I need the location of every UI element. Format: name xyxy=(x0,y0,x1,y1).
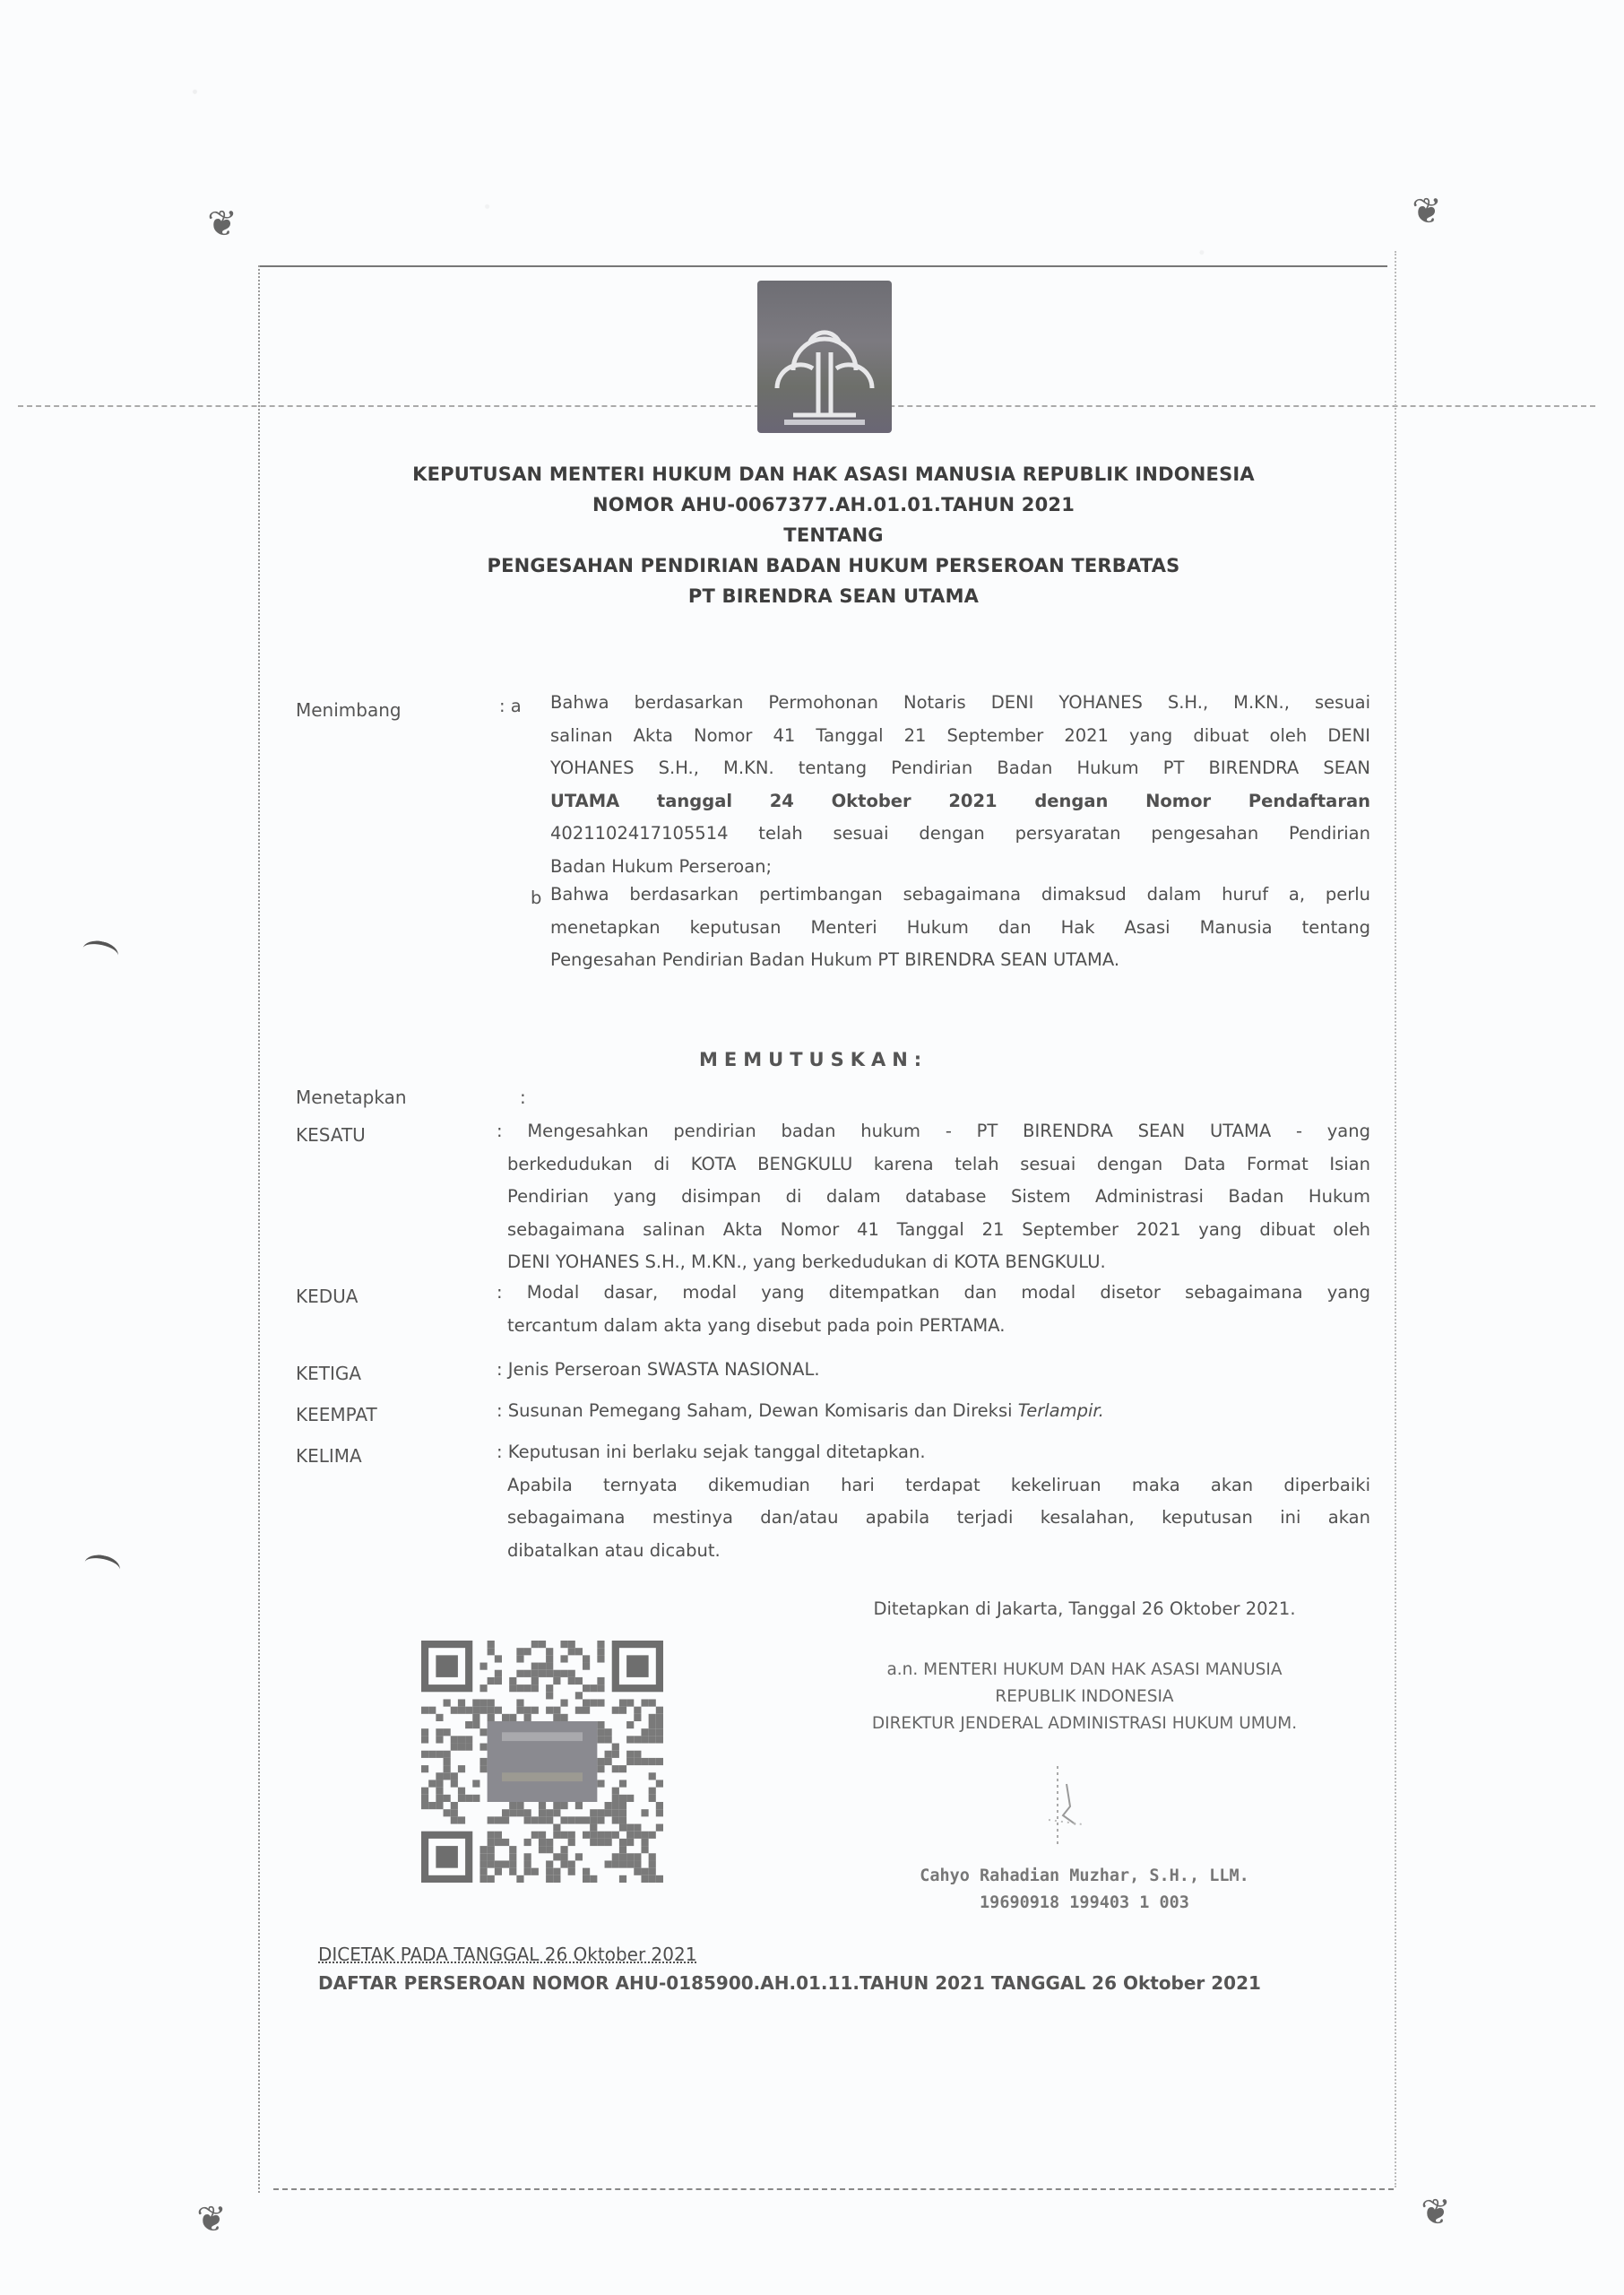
title-line: TENTANG xyxy=(341,520,1326,550)
decision-kelima-text: : Keputusan ini berlaku sejak tanggal di… xyxy=(497,1436,1370,1567)
signature-place-date: Ditetapkan di Jakarta, Tanggal 26 Oktobe… xyxy=(807,1596,1362,1623)
punch-hole-mark xyxy=(82,1552,122,1581)
frame-top-line xyxy=(258,265,1387,267)
menimbang-label: Menimbang xyxy=(296,699,402,721)
title-line: PENGESAHAN PENDIRIAN BADAN HUKUM PERSERO… xyxy=(341,550,1326,581)
document-title: KEPUTUSAN MENTERI HUKUM DAN HAK ASASI MA… xyxy=(341,459,1326,611)
decision-label-keempat: KEEMPAT xyxy=(296,1404,377,1425)
decision-kesatu-text: : Mengesahkan pendirian badan hukum - PT… xyxy=(497,1115,1370,1279)
terlampir-text: Terlampir. xyxy=(1018,1400,1104,1421)
ministry-emblem-icon xyxy=(757,281,892,433)
clause-b-prefix: b xyxy=(531,888,541,908)
corner-ornament-icon: ❦ xyxy=(192,2200,231,2239)
frame-right-line xyxy=(1395,251,1396,2187)
signatory-block: Cahyo Rahadian Muzhar, S.H., LLM. 196909… xyxy=(842,1863,1326,1917)
title-decree-number: NOMOR AHU-0067377.AH.01.01.TAHUN 2021 xyxy=(341,489,1326,520)
registry-number: DAFTAR PERSEROAN NOMOR AHU-0185900.AH.01… xyxy=(318,1972,1261,1994)
printed-date: DICETAK PADA TANGGAL 26 Oktober 2021 xyxy=(318,1944,696,1965)
decision-kedua-text: : Modal dasar, modal yang ditempatkan da… xyxy=(497,1277,1370,1342)
corner-ornament-icon: ❦ xyxy=(1416,2193,1456,2232)
frame-left-line xyxy=(258,265,260,2193)
corner-ornament-icon: ❦ xyxy=(203,204,242,244)
menimbang-clause-a: Bahwa berdasarkan Permohonan Notaris DEN… xyxy=(550,687,1370,883)
menetapkan-colon: : xyxy=(520,1087,526,1108)
signatory-nip: 19690918 199403 1 003 xyxy=(842,1890,1326,1917)
title-company-name: PT BIRENDRA SEAN UTAMA xyxy=(341,581,1326,611)
menetapkan-label: Menetapkan xyxy=(296,1087,407,1108)
clause-a-prefix: : a xyxy=(499,696,522,716)
signature-scribble-icon xyxy=(1040,1762,1093,1855)
decision-ketiga-text: : Jenis Perseroan SWASTA NASIONAL. xyxy=(497,1354,1370,1387)
decision-label-kesatu: KESATU xyxy=(296,1124,366,1146)
memutuskan-heading: MEMUTUSKAN: xyxy=(699,1049,928,1070)
menimbang-clause-b: Bahwa berdasarkan pertimbangan sebagaima… xyxy=(550,879,1370,977)
verification-qr-code xyxy=(421,1641,663,1887)
decision-label-kedua: KEDUA xyxy=(296,1286,358,1307)
corner-ornament-icon: ❦ xyxy=(1407,192,1447,231)
decision-label-ketiga: KETIGA xyxy=(296,1363,361,1384)
title-line: KEPUTUSAN MENTERI HUKUM DAN HAK ASASI MA… xyxy=(341,459,1326,489)
decision-keempat-text: : Susunan Pemegang Saham, Dewan Komisari… xyxy=(497,1395,1370,1428)
signature-on-behalf: a.n. MENTERI HUKUM DAN HAK ASASI MANUSIA… xyxy=(807,1657,1362,1737)
decision-label-kelima: KELIMA xyxy=(296,1445,362,1467)
frame-bottom-line xyxy=(273,2188,1394,2190)
punch-hole-mark xyxy=(81,938,120,966)
signatory-name: Cahyo Rahadian Muzhar, S.H., LLM. xyxy=(842,1863,1326,1890)
